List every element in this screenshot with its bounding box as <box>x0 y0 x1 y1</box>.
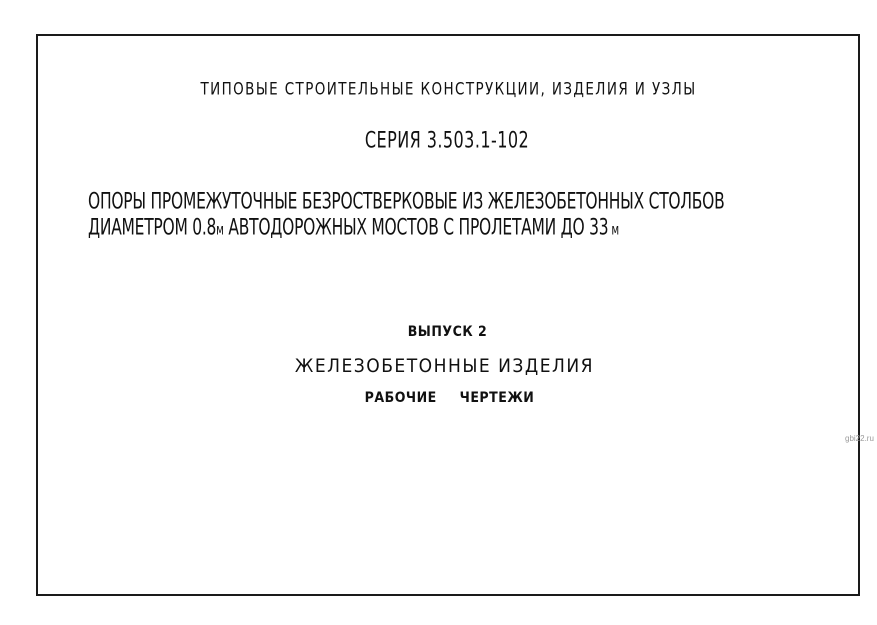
drawing-sheet-frame <box>36 34 860 596</box>
document-title-line-2: ДИАМЕТРОМ 0.8м АВТОДОРОЖНЫХ МОСТОВ С ПРО… <box>88 214 619 239</box>
drawing-type: РАБОЧИЕ ЧЕРТЕЖИ <box>0 390 877 406</box>
issue-label: ВЫПУСК 2 <box>0 324 877 340</box>
title-bridges-text: АВТОДОРОЖНЫХ МОСТОВ С ПРОЛЕТАМИ ДО 33 <box>224 214 609 239</box>
title-diameter-unit: м <box>216 222 224 239</box>
watermark: gbi22.ru <box>845 434 874 443</box>
document-title-line-1: ОПОРЫ ПРОМЕЖУТОЧНЫЕ БЕЗРОСТВЕРКОВЫЕ ИЗ Ж… <box>88 188 724 213</box>
series-header: ТИПОВЫЕ СТРОИТЕЛЬНЫЕ КОНСТРУКЦИИ, ИЗДЕЛИ… <box>0 79 877 99</box>
series-number: СЕРИЯ 3.503.1-102 <box>66 127 811 152</box>
title-span-unit: м <box>608 222 619 239</box>
title-diameter-text: ДИАМЕТРОМ 0.8 <box>88 214 216 239</box>
issue-subtitle: ЖЕЛЕЗОБЕТОННЫЕ ИЗДЕЛИЯ <box>0 355 877 377</box>
